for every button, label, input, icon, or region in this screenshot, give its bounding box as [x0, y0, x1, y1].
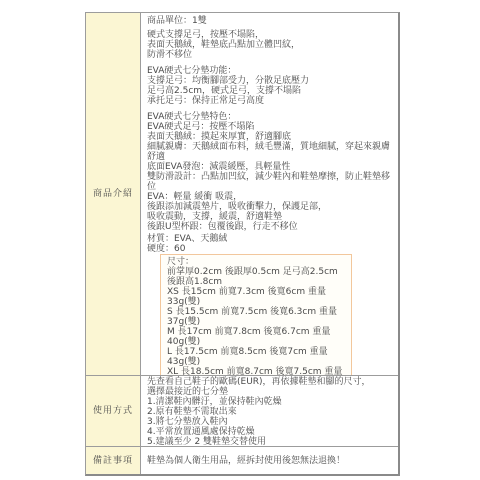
text-line: 3.將七分墊放入鞋內 [147, 417, 392, 427]
text-line: 細膩親膚：天鵝絨面布料，絨毛豐滿，質地細膩，穿起來親膚舒適 [147, 142, 392, 162]
text-line: 後跟添加減震墊片，吸收衝擊力，保護足部， [147, 202, 392, 212]
text-line: EVA硬式七分墊功能： [147, 66, 392, 76]
material-hardness-list: 材質：EVA、天鵝絨硬度：60 [147, 234, 392, 254]
text-line: EVA硬式足弓：按壓不塌陷 [147, 122, 392, 132]
row-product-intro: 商品介紹 商品單位：1雙 硬式支撐足弓，按壓不塌陷，表面天鵝絨，鞋墊底凸點加立體… [86, 13, 398, 375]
text-line: 材質：EVA、天鵝絨 [147, 234, 392, 244]
function-list: EVA硬式七分墊功能：支撐足弓：均衡腳部受力，分散足底壓力足弓高2.5cm，硬式… [147, 66, 392, 106]
text-line: EVA：輕量 緩衝 吸震， [147, 192, 392, 202]
text-line: 表面天鵝絨：摸起來厚實，舒適腳底 [147, 132, 392, 142]
text-line: 足弓高2.5cm，硬式足弓，支撐不塌陷 [147, 86, 392, 96]
text-line: 前掌厚0.2cm 後跟厚0.5cm 足弓高2.5cm 後跟高1.8cm [167, 267, 345, 287]
text-line: 硬式支撐足弓，按壓不塌陷， [147, 30, 392, 40]
row-remarks: 備註事項 鞋墊為個人衛生用品，經拆封使用後恕無法退換！ [86, 446, 398, 474]
remarks-content: 鞋墊為個人衛生用品，經拆封使用後恕無法退換！ [141, 447, 398, 474]
section-label-product-intro: 商品介紹 [86, 13, 141, 375]
text-line: EVA硬式七分墊特色： [147, 112, 392, 122]
text-line: XS 長15cm 前寬7.3cm 後寬6cm 重量33g(雙) [167, 287, 345, 307]
text-line: 尺寸： [167, 257, 345, 267]
text-line: 4.平常放置通風處保持乾燥 [147, 427, 392, 437]
row-usage-instructions: 使用方式 先查看自己鞋子的歐碼(EUR)，再依據鞋墊和腳的尺寸，選擇最接近的七分… [86, 375, 398, 446]
section-label-usage: 使用方式 [86, 376, 141, 446]
text-line: 雙防滑設計：凸點加凹紋，減少鞋內和鞋墊摩擦，防止鞋墊移位 [147, 172, 392, 192]
text-line: 1.清潔鞋內髒汙，並保持鞋內乾燥 [147, 397, 392, 407]
text-line: 硬度：60 [147, 244, 392, 254]
text-line: L 長17.5cm 前寬8.5cm 後寬7cm 重量43g(雙) [167, 347, 345, 367]
product-spec-table: 商品介紹 商品單位：1雙 硬式支撐足弓，按壓不塌陷，表面天鵝絨，鞋墊底凸點加立體… [85, 12, 400, 476]
text-line: 後跟U型杯跟：包覆後跟，行走不移位 [147, 222, 392, 232]
text-line: 5.建議至少 2 雙鞋墊交替使用 [147, 437, 392, 446]
remarks-line: 鞋墊為個人衛生用品，經拆封使用後恕無法退換！ [147, 456, 345, 466]
text-line: 支撐足弓：均衡腳部受力，分散足底壓力 [147, 76, 392, 86]
product-unit-line: 商品單位：1雙 [147, 16, 392, 26]
text-line: 底面EVA發泡：減震緩壓，具輕量性 [147, 162, 392, 172]
text-line: S 長15.5cm 前寬7.5cm 後寬6.3cm 重量37g(雙) [167, 307, 345, 327]
text-line: 選擇最接近的七分墊 [147, 387, 392, 397]
text-line: M 長17cm 前寬7.8cm 後寬6.7cm 重量40g(雙) [167, 327, 345, 347]
text-line: 吸收震動，支撐，緩震，舒適鞋墊 [147, 212, 392, 222]
text-line: 表面天鵝絨，鞋墊底凸點加立體凹紋， [147, 40, 392, 50]
usage-instructions-content: 先查看自己鞋子的歐碼(EUR)，再依據鞋墊和腳的尺寸，選擇最接近的七分墊1.清潔… [141, 376, 398, 446]
text-line: 防滑不移位 [147, 50, 392, 60]
text-line: 承托足弓：保持正常足弓高度 [147, 96, 392, 106]
product-intro-content: 商品單位：1雙 硬式支撐足弓，按壓不塌陷，表面天鵝絨，鞋墊底凸點加立體凹紋，防滑… [141, 13, 398, 375]
size-spec-box: 尺寸：前掌厚0.2cm 後跟厚0.5cm 足弓高2.5cm 後跟高1.8cmXS… [160, 254, 352, 375]
text-line: 2.原有鞋墊不需取出來 [147, 407, 392, 417]
text-line: 先查看自己鞋子的歐碼(EUR)，再依據鞋墊和腳的尺寸， [147, 377, 392, 387]
text-line: XL 長18.5cm 前寬8.7cm 後寬7.5cm 重量53g(雙) [167, 367, 345, 375]
feature-list: EVA硬式七分墊特色：EVA硬式足弓：按壓不塌陷表面天鵝絨：摸起來厚實，舒適腳底… [147, 112, 392, 232]
product-summary-lines: 硬式支撐足弓，按壓不塌陷，表面天鵝絨，鞋墊底凸點加立體凹紋，防滑不移位 [147, 30, 392, 60]
section-label-remarks: 備註事項 [86, 447, 141, 474]
